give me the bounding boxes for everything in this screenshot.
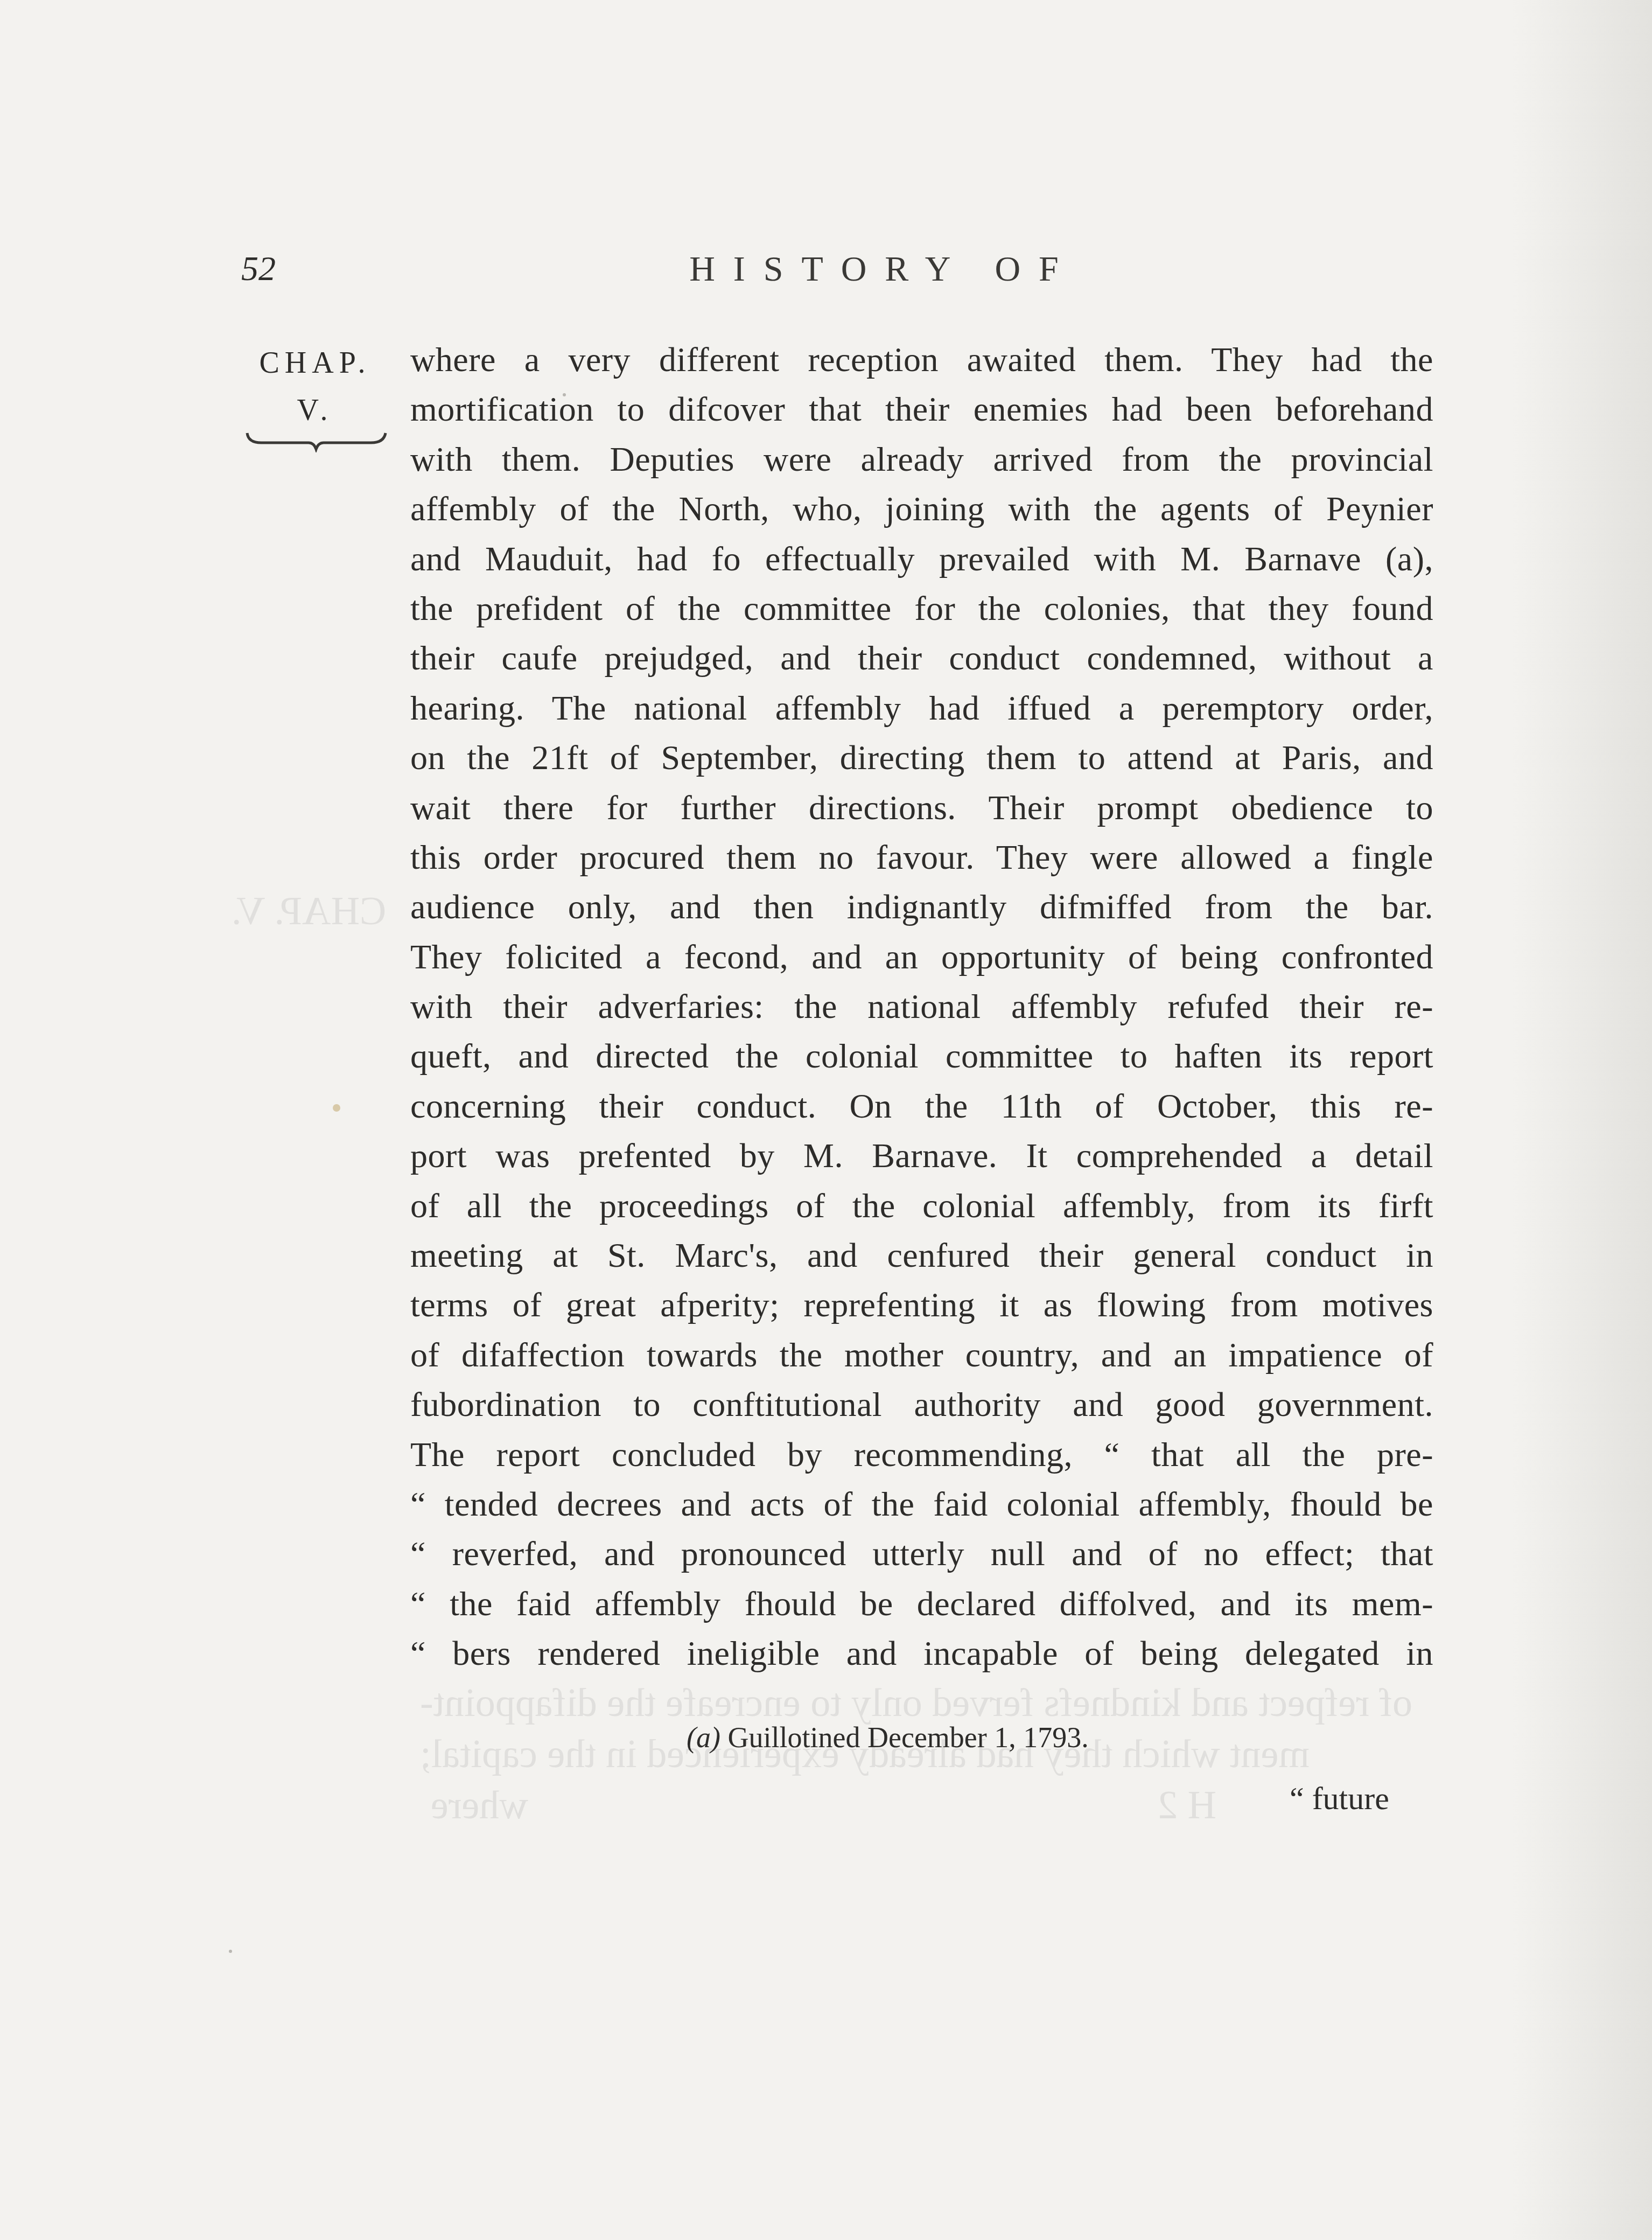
text-line: hearing. The national affembly had iffue… xyxy=(410,683,1433,733)
paper-speck xyxy=(563,393,566,396)
text-line: with their adverfaries: the national aff… xyxy=(410,982,1433,1031)
text-line: audience only, and then indignantly difm… xyxy=(410,882,1433,932)
text-line: of difaffection towards the mother count… xyxy=(410,1330,1433,1380)
text-line: their caufe prejudged, and their conduct… xyxy=(410,633,1433,683)
text-line: port was prefented by M. Barnave. It com… xyxy=(410,1131,1433,1181)
footnote-mark: (a) xyxy=(687,1721,720,1754)
text-line: of all the proceedings of the colonial a… xyxy=(410,1181,1433,1231)
running-head: HISTORY OF xyxy=(635,249,1131,290)
text-line: The report concluded by recommending, “ … xyxy=(410,1430,1433,1480)
text-line: with them. Deputies were already arrived… xyxy=(410,435,1433,484)
text-line: They folicited a fecond, and an opportun… xyxy=(410,932,1433,982)
paper-speck xyxy=(229,1950,232,1953)
text-line: queft, and directed the colonial committ… xyxy=(410,1031,1433,1081)
footnote: (a) Guillotined December 1, 1793. xyxy=(687,1721,1089,1754)
text-line: concerning their conduct. On the 11th of… xyxy=(410,1081,1433,1131)
text-line: “ tended decrees and acts of the faid co… xyxy=(410,1480,1433,1529)
text-line: where a very different reception awaited… xyxy=(410,335,1433,385)
chapter-number: V. xyxy=(245,387,385,434)
show-through-line: where xyxy=(431,1783,528,1829)
text-line: fubordination to conftitutional authorit… xyxy=(410,1380,1433,1429)
body-text: where a very different reception awaited… xyxy=(410,335,1433,1679)
page-edge-shadow xyxy=(1512,0,1652,2240)
text-line: terms of great afperity; reprefenting it… xyxy=(410,1280,1433,1330)
chapter-label: CHAP. xyxy=(245,339,385,387)
text-line: on the 21ft of September, directing them… xyxy=(410,733,1433,783)
text-line: “ reverfed, and pronounced utterly null … xyxy=(410,1529,1433,1579)
page-number: 52 xyxy=(241,249,276,289)
show-through-side-note: CHAP. V. xyxy=(232,889,386,934)
text-line: this order procured them no favour. They… xyxy=(410,833,1433,882)
text-line: “ the faid affembly fhould be declared d… xyxy=(410,1579,1433,1629)
text-line: meeting at St. Marc's, and cenfured thei… xyxy=(410,1231,1433,1280)
brace-ornament-icon xyxy=(245,431,388,452)
footnote-text: Guillotined December 1, 1793. xyxy=(727,1721,1088,1754)
chapter-side-note: CHAP. V. xyxy=(245,339,385,434)
catchword: “ future xyxy=(1290,1780,1389,1817)
text-line: mortification to difcover that their ene… xyxy=(410,385,1433,434)
text-line: and Mauduit, had fo effectually prevaile… xyxy=(410,534,1433,584)
text-line: wait there for further directions. Their… xyxy=(410,783,1433,833)
paper-speck xyxy=(333,1104,340,1112)
show-through-line: H 2 xyxy=(1158,1783,1216,1829)
text-line: affembly of the North, who, joining with… xyxy=(410,484,1433,534)
text-line: “ bers rendered ineligible and incapable… xyxy=(410,1629,1433,1678)
text-line: the prefident of the committee for the c… xyxy=(410,584,1433,633)
show-through-line: of refpect and kindnefs ferved only to e… xyxy=(420,1680,1412,1726)
